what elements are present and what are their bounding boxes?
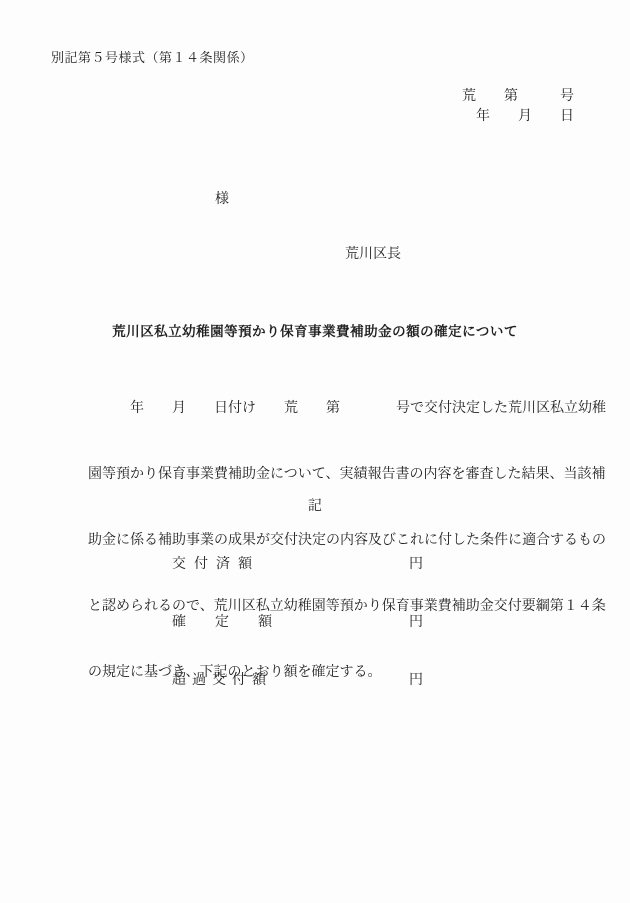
ki-marker: 記 <box>0 495 630 515</box>
amount-unit-yen: 円 <box>409 611 423 631</box>
body-line: 助金に係る補助事業の成果が交付決定の内容及びこれに付した条件に適合するもの <box>88 530 613 552</box>
doc-number-line: 荒 第 号 <box>462 85 574 105</box>
body-line: と認められるので、荒川区私立幼稚園等預かり保育事業費補助金交付要綱第１４条 <box>88 596 613 618</box>
amount-row-confirmed: 確定額 円 <box>0 611 14 625</box>
amount-label-paid: 交付済額 <box>172 553 260 573</box>
document-title: 荒川区私立幼稚園等預かり保育事業費補助金の額の確定について <box>0 320 630 340</box>
body-line: 園等預かり保育事業費補助金について、実績報告書の内容を審査した結果、当該補 <box>88 464 613 486</box>
amount-unit-yen: 円 <box>409 669 423 689</box>
amount-label-confirmed: 確定額 <box>172 611 301 631</box>
amount-row-excess: 超過交付額 円 <box>0 669 14 683</box>
amount-row-paid: 交付済額 円 <box>0 553 14 567</box>
body-line: 年 月 日付け 荒 第 号で交付決定した荒川区私立幼稚 <box>88 398 613 420</box>
form-number: 別記第５号様式（第１４条関係） <box>51 47 254 66</box>
document-page: 別記第５号様式（第１４条関係） 荒 第 号 年 月 日 様 荒川区長 荒川区私立… <box>0 0 630 903</box>
sender-name: 荒川区長 <box>345 243 401 263</box>
amount-unit-yen: 円 <box>409 553 423 573</box>
date-line: 年 月 日 <box>476 105 574 125</box>
body-paragraph: 年 月 日付け 荒 第 号で交付決定した荒川区私立幼稚 園等預かり保育事業費補助… <box>88 354 613 728</box>
addressee-suffix: 様 <box>215 188 229 208</box>
amount-label-excess: 超過交付額 <box>172 669 272 689</box>
body-line: の規定に基づき、下記のとおり額を確定する。 <box>88 662 613 684</box>
